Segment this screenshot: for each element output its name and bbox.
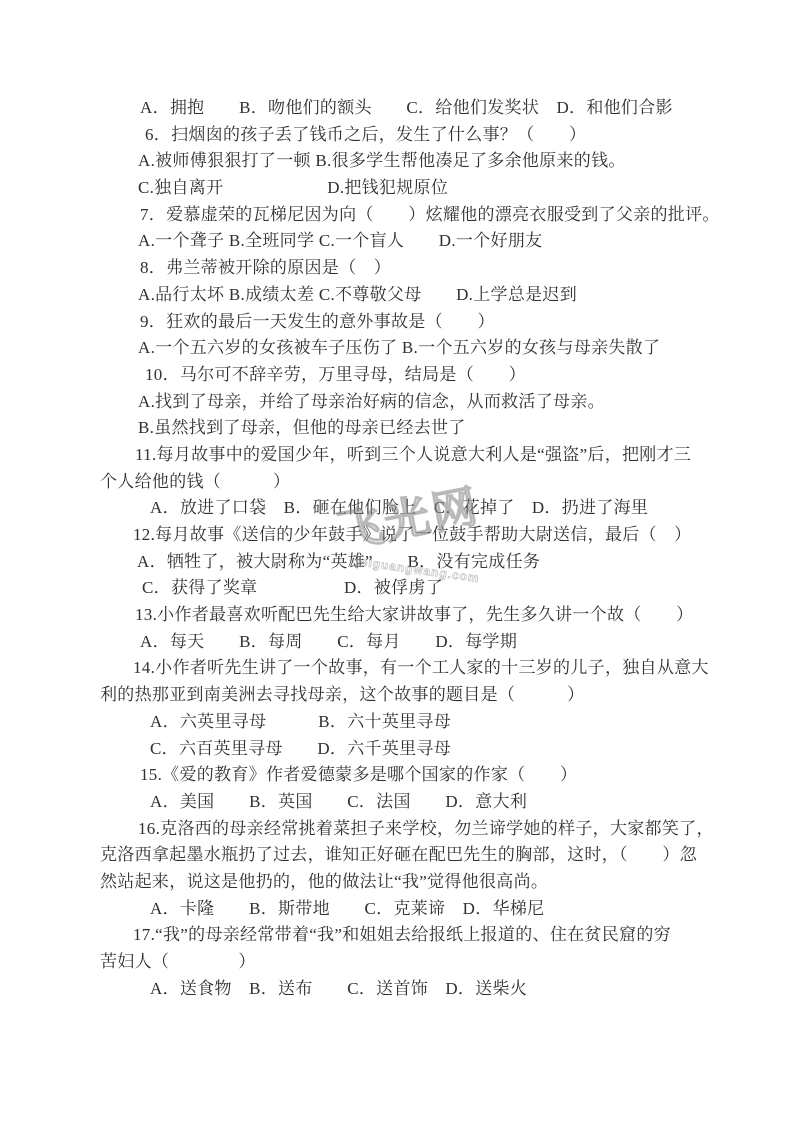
text-line: A．卡隆 B．斯带地 C．克莱谛 D．华梯尼 bbox=[100, 896, 755, 923]
text-line: A.一个五六岁的女孩被车子压伤了 B.一个五六岁的女孩与母亲失散了 bbox=[100, 335, 755, 362]
scanned-quiz-page: A．拥抱 B．吻他们的额头 C．给他们发奖状 D．和他们合影6．扫烟囱的孩子丢了… bbox=[0, 0, 793, 1122]
text-line: 16.克洛西的母亲经常挑着菜担子来学校，勿兰谛学她的样子，大家都笑了， bbox=[100, 816, 755, 843]
text-line: C.独自离开 D.把钱犯规原位 bbox=[100, 175, 755, 202]
text-line: 利的热那亚到南美洲去寻找母亲，这个故事的题目是（ ） bbox=[100, 682, 755, 709]
text-line: A．拥抱 B．吻他们的额头 C．给他们发奖状 D．和他们合影 bbox=[100, 95, 755, 122]
text-line: 9．狂欢的最后一天发生的意外事故是（ ） bbox=[100, 309, 755, 336]
text-line: A．牺牲了，被大尉称为“英雄” B．没有完成任务 bbox=[100, 549, 755, 576]
text-line: 6．扫烟囱的孩子丢了钱币之后，发生了什么事？（ ） bbox=[100, 122, 755, 149]
text-line: A．放进了口袋 B．砸在他们脸上 C．花掉了 D．扔进了海里 bbox=[100, 495, 755, 522]
text-line: 苦妇人（ ） bbox=[100, 949, 755, 976]
text-line: A．六英里寻母 B．六十英里寻母 bbox=[100, 709, 755, 736]
text-line: C．六百英里寻母 D．六千英里寻母 bbox=[100, 736, 755, 763]
text-line: 11.每月故事中的爱国少年，听到三个人说意大利人是“强盗”后，把刚才三 bbox=[100, 442, 755, 469]
text-line: A.品行太坏 B.成绩太差 C.不尊敬父母 D.上学总是迟到 bbox=[100, 282, 755, 309]
text-line: A．每天 B．每周 C．每月 D．每学期 bbox=[100, 629, 755, 656]
text-line: 10．马尔可不辞辛劳，万里寻母，结局是（ ） bbox=[100, 362, 755, 389]
text-line: 8．弗兰蒂被开除的原因是（ ） bbox=[100, 255, 755, 282]
text-line: A.找到了母亲，并给了母亲治好病的信念，从而救活了母亲。 bbox=[100, 389, 755, 416]
text-line: 14.小作者听先生讲了一个故事，有一个工人家的十三岁的儿子，独自从意大 bbox=[100, 655, 755, 682]
text-line: 13.小作者最喜欢听配巴先生给大家讲故事了，先生多久讲一个故（ ） bbox=[100, 602, 755, 629]
text-line: A．送食物 B．送布 C．送首饰 D．送柴火 bbox=[100, 976, 755, 1003]
text-line: A.被师傅狠狠打了一顿 B.很多学生帮他凑足了多余他原来的钱。 bbox=[100, 148, 755, 175]
text-line: 克洛西拿起墨水瓶扔了过去，谁知正好砸在配巴先生的胸部，这时，（ ）忽 bbox=[100, 842, 755, 869]
text-line: B.虽然找到了母亲，但他的母亲已经去世了 bbox=[100, 415, 755, 442]
text-line: C．获得了奖章 D．被俘虏了 bbox=[100, 575, 755, 602]
document-body: A．拥抱 B．吻他们的额头 C．给他们发奖状 D．和他们合影6．扫烟囱的孩子丢了… bbox=[100, 95, 755, 1002]
text-line: A.一个聋子 B.全班同学 C.一个盲人 D.一个好朋友 bbox=[100, 228, 755, 255]
text-line: 个人给他的钱（ ） bbox=[100, 469, 755, 496]
text-line: 然站起来，说这是他扔的，他的做法让“我”觉得他很高尚。 bbox=[100, 869, 755, 896]
text-line: 15.《爱的教育》作者爱德蒙多是哪个国家的作家（ ） bbox=[100, 762, 755, 789]
text-line: 12.每月故事《送信的少年鼓手》说了一位鼓手帮助大尉送信，最后（ ） bbox=[100, 522, 755, 549]
text-line: A．美国 B．英国 C．法国 D．意大利 bbox=[100, 789, 755, 816]
text-line: 17.“我”的母亲经常带着“我”和姐姐去给报纸上报道的、住在贫民窟的穷 bbox=[100, 922, 755, 949]
text-line: 7．爱慕虚荣的瓦梯尼因为向（ ）炫耀他的漂亮衣服受到了父亲的批评。 bbox=[100, 202, 755, 229]
